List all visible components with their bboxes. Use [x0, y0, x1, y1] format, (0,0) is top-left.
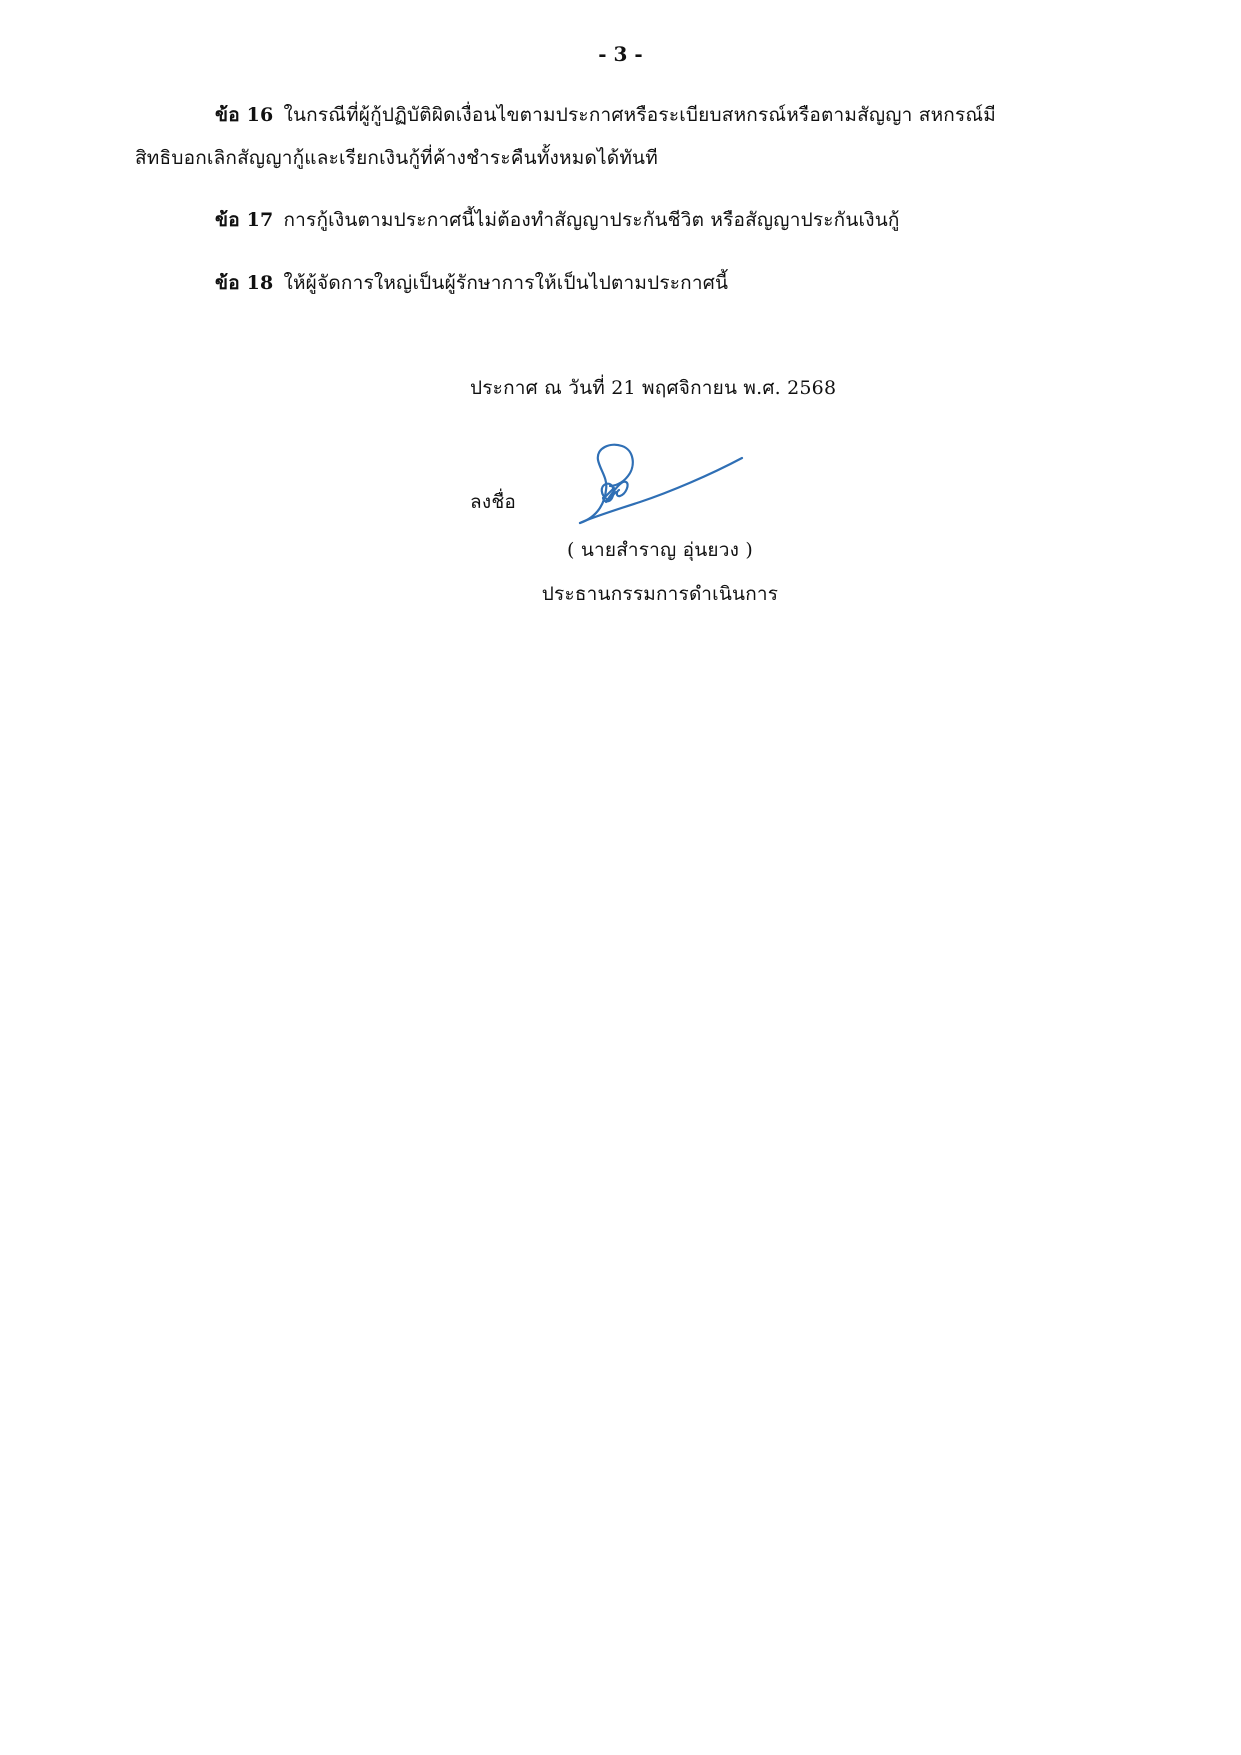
clause-17-label: ข้อ 17 [215, 209, 273, 231]
signature-image [570, 440, 750, 535]
document-page: - 3 - ข้อ 16ในกรณีที่ผู้กู้ปฏิบัติผิดเงื… [0, 0, 1241, 1755]
signer-title: ประธานกรรมการดำเนินการ [500, 582, 820, 606]
page-number: - 3 - [0, 42, 1241, 66]
clause-17-text: การกู้เงินตามประกาศนี้ไม่ต้องทำสัญญาประก… [283, 209, 899, 231]
clause-18-label: ข้อ 18 [215, 272, 273, 294]
clause-18: ข้อ 18ให้ผู้จัดการใหญ่เป็นผู้รักษาการให้… [215, 271, 728, 295]
signer-name: ( นายสำราญ อุ่นยวง ) [540, 538, 780, 562]
sign-label: ลงชื่อ [470, 490, 516, 514]
clause-16-text: ในกรณีที่ผู้กู้ปฏิบัติผิดเงื่อนไขตามประก… [283, 104, 996, 126]
clause-16-line-2: สิทธิบอกเลิกสัญญากู้และเรียกเงินกู้ที่ค้… [135, 146, 658, 170]
clause-16-label: ข้อ 16 [215, 104, 273, 126]
clause-18-text: ให้ผู้จัดการใหญ่เป็นผู้รักษาการให้เป็นไป… [283, 272, 728, 294]
clause-17: ข้อ 17การกู้เงินตามประกาศนี้ไม่ต้องทำสัญ… [215, 208, 900, 232]
announcement-date: ประกาศ ณ วันที่ 21 พฤศจิกายน พ.ศ. 2568 [470, 376, 836, 400]
clause-16-line-1: ข้อ 16ในกรณีที่ผู้กู้ปฏิบัติผิดเงื่อนไขต… [215, 103, 996, 127]
